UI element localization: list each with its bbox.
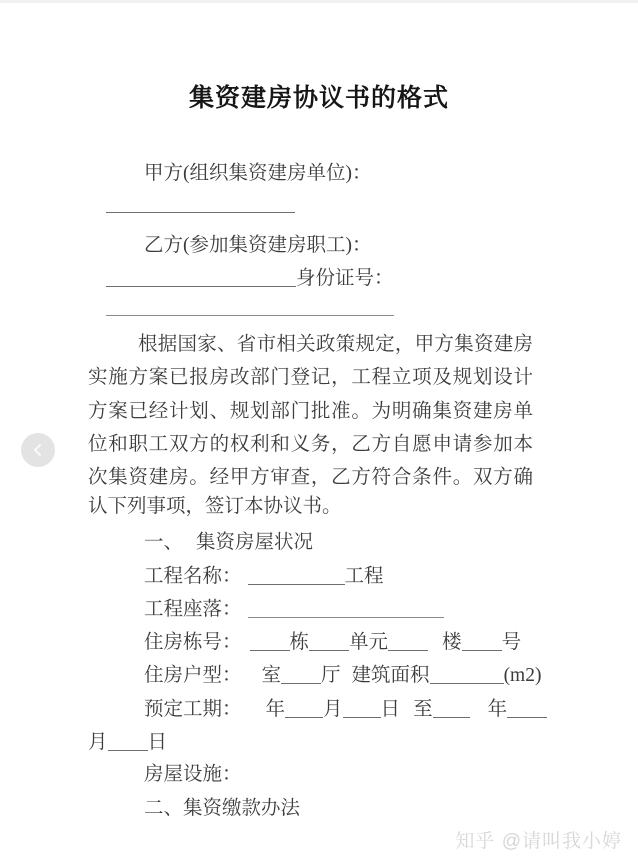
section1-heading: 一、集资房屋状况 (88, 531, 538, 554)
house-type-area-label: 建筑面积 (352, 665, 430, 686)
building-blank-2 (309, 630, 349, 651)
preamble-line-6: 认下列事项，签订本协议书。 (88, 495, 533, 518)
document-page: 集资建房协议书的格式 甲方(组织集资建房单位)： 乙方(参加集资建房职工)： 身… (0, 0, 638, 859)
project-location-blank (248, 597, 444, 618)
schedule-blank-1 (285, 697, 323, 718)
schedule-to: 至 (413, 699, 433, 720)
party-a-line: 甲方(组织集资建房单位)： (88, 162, 538, 185)
zhihu-watermark: 知乎 @请叫我小婷 (455, 826, 622, 853)
chevron-left-icon (31, 443, 45, 457)
house-type-line: 住房户型：室厅建筑面积(m2) (88, 663, 538, 687)
party-b-blank (106, 266, 296, 287)
schedule-blank-2 (343, 697, 381, 718)
schedule-blank-3 (433, 697, 470, 718)
party-a-label: 甲方(组织集资建房单位)： (88, 162, 372, 185)
house-type-blank-1 (281, 663, 321, 684)
house-type-room: 室 (262, 665, 282, 686)
project-name-line: 工程名称：工程 (88, 564, 538, 588)
project-name-label: 工程名称： (144, 566, 242, 587)
schedule-blank-5 (108, 730, 148, 751)
building-blank-4 (462, 630, 502, 651)
party-b-label: 乙方(参加集资建房职工)： (88, 234, 372, 257)
schedule-day-1: 日 (381, 699, 401, 720)
document-title: 集资建房协议书的格式 (0, 78, 638, 114)
building-text-hao: 号 (502, 632, 522, 653)
preamble-line-1: 根据国家、省市相关政策规定，甲方集资建房 (88, 333, 533, 356)
building-number-label: 住房栋号： (144, 632, 242, 653)
project-location-label: 工程座落： (144, 599, 242, 620)
schedule-day-2: 日 (148, 732, 168, 753)
id-number-blank (106, 295, 394, 316)
preamble-line-4: 位和职工双方的权利和义务，乙方自愿申请参加本 (88, 433, 533, 456)
building-text-unit: 单元 (349, 632, 388, 653)
schedule-month-1: 月 (323, 699, 343, 720)
schedule-label: 预定工期： (144, 699, 242, 720)
section1-number: 一、 (144, 532, 183, 553)
house-type-unit-m2: (m2) (504, 665, 542, 686)
party-a-blank (106, 192, 295, 213)
building-text-dong: 栋 (290, 632, 310, 653)
section1-title: 集资房屋状况 (196, 532, 313, 553)
schedule-blank-4 (507, 697, 547, 718)
house-type-hall: 厅 (321, 665, 341, 686)
schedule-month-2: 月 (88, 732, 108, 753)
id-number-label: 身份证号： (296, 268, 394, 289)
id-number-blank-line (88, 295, 538, 319)
preamble-line-3: 方案已经计划、规划部门批准。为明确集资建房单 (88, 400, 533, 423)
schedule-line: 预定工期：年月日至年 (88, 697, 538, 721)
page-top-edge (0, 0, 638, 3)
project-name-blank (248, 564, 345, 585)
building-blank-3 (388, 630, 428, 651)
prev-image-button[interactable] (21, 433, 55, 467)
building-number-line: 住房栋号：栋单元楼号 (88, 630, 538, 654)
facilities-label: 房屋设施： (144, 764, 242, 785)
schedule-year-1: 年 (266, 699, 286, 720)
building-blank-1 (250, 630, 290, 651)
party-a-blank-line (88, 192, 538, 216)
preamble-line-5: 次集资建房。经甲方审查，乙方符合条件。双方确 (88, 466, 533, 489)
schedule-year-2: 年 (488, 699, 508, 720)
schedule-continuation-line: 月日 (88, 730, 538, 754)
facilities-line: 房屋设施： (88, 763, 538, 786)
house-type-blank-2 (430, 663, 504, 684)
house-type-label: 住房户型： (144, 665, 242, 686)
party-b-line: 乙方(参加集资建房职工)： (88, 234, 538, 257)
section2-heading: 二、集资缴款办法 (88, 797, 538, 820)
id-number-line: 身份证号： (88, 266, 538, 290)
preamble-line-2: 实施方案已报房改部门登记，工程立项及规划设计 (88, 366, 533, 389)
building-text-floor: 楼 (442, 632, 462, 653)
project-location-line: 工程座落： (88, 597, 538, 621)
project-name-suffix: 工程 (345, 566, 384, 587)
